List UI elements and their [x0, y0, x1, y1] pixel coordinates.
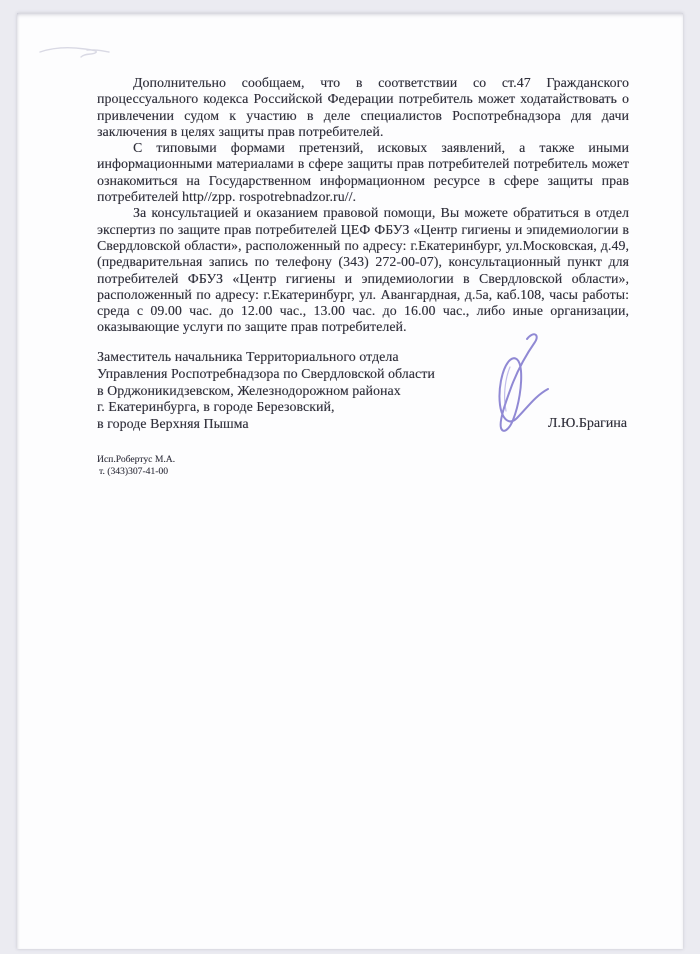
scan-viewport: Дополнительно сообщаем, что в соответств…: [0, 0, 700, 954]
executor-footer: Исп.Робертус М.А. т. (343)307-41-00: [97, 454, 629, 477]
signature-block: Заместитель начальника Территориального …: [97, 349, 629, 434]
signer-name: Л.Ю.Брагина: [548, 416, 627, 433]
signer-title-line: в Орджоникидзевском, Железнодорожном рай…: [97, 383, 435, 400]
letter-body: Дополнительно сообщаем, что в соответств…: [97, 75, 629, 477]
letter-page: Дополнительно сообщаем, что в соответств…: [17, 13, 683, 949]
signature-row: Заместитель начальника Территориального …: [97, 349, 629, 434]
signer-title: Заместитель начальника Территориального …: [97, 349, 435, 434]
body-paragraph-2: С типовыми формами претензий, исковых за…: [97, 140, 629, 205]
body-paragraph-3: За консультацией и оказанием правовой по…: [97, 205, 629, 335]
signer-title-line: Заместитель начальника Территориального …: [97, 349, 435, 366]
executor-phone: т. (343)307-41-00: [97, 466, 629, 478]
body-paragraph-1: Дополнительно сообщаем, что в соответств…: [97, 75, 629, 140]
signer-title-line: Управления Роспотребнадзора по Свердловс…: [97, 366, 435, 383]
signer-title-line: в городе Верхняя Пышма: [97, 416, 435, 433]
signer-title-line: г. Екатеринбурга, в городе Березовский,: [97, 399, 435, 416]
pencil-smudge: [37, 40, 127, 66]
executor-note: Исп.Робертус М.А.: [97, 454, 629, 466]
